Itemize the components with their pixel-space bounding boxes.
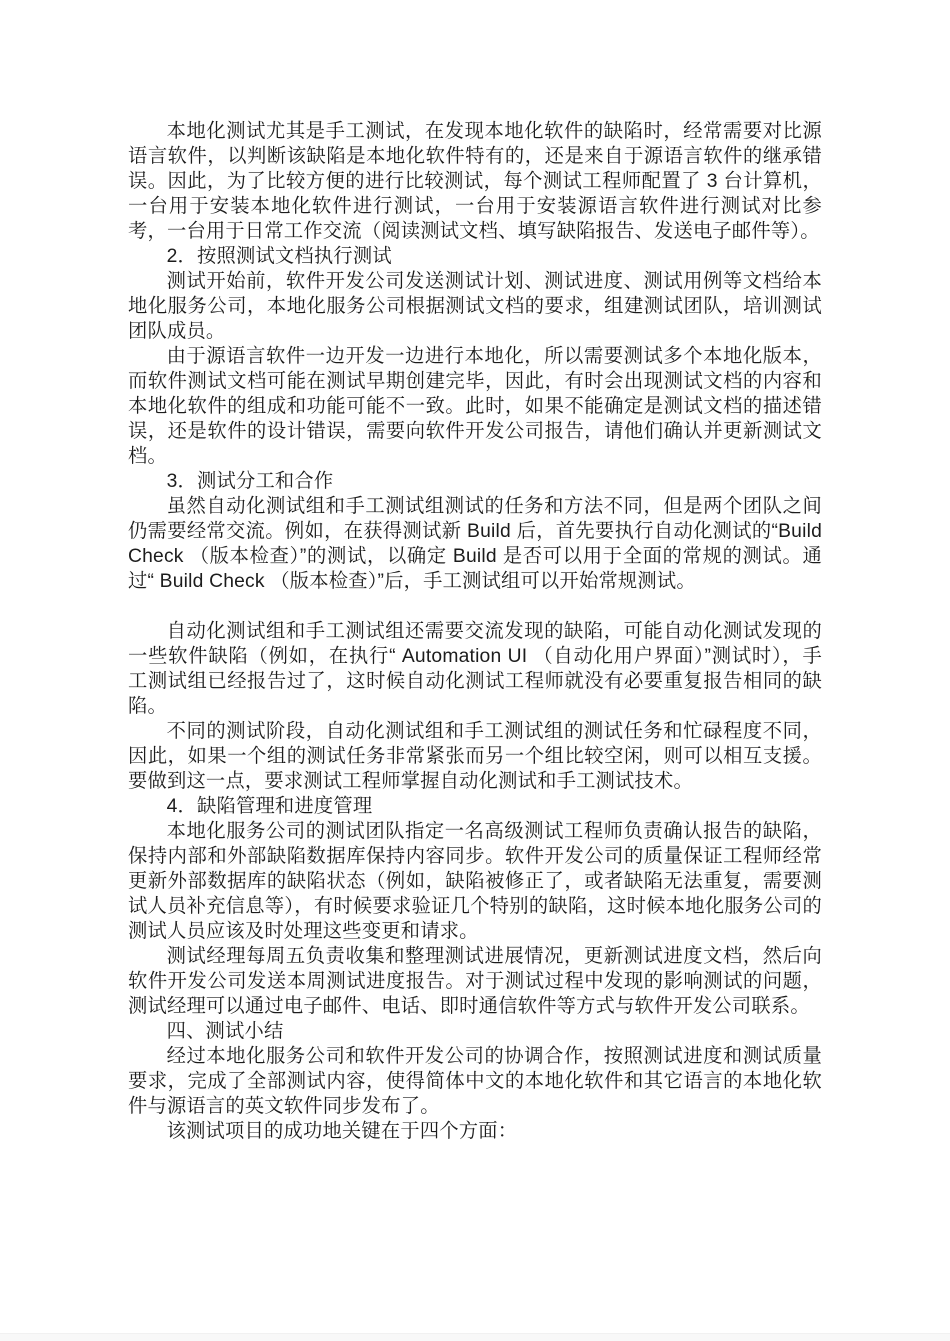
- document-page: 本地化测试尤其是手工测试，在发现本地化软件的缺陷时，经常需要对比源语言软件，以判…: [0, 0, 950, 1341]
- section-heading: 2．按照测试文档执行测试: [128, 244, 822, 269]
- paragraph: 本地化测试尤其是手工测试，在发现本地化软件的缺陷时，经常需要对比源语言软件，以判…: [128, 119, 822, 244]
- section-heading: 3．测试分工和合作: [128, 469, 822, 494]
- section-heading: 4．缺陷管理和进度管理: [128, 794, 822, 819]
- document-body: 本地化测试尤其是手工测试，在发现本地化软件的缺陷时，经常需要对比源语言软件，以判…: [128, 119, 822, 1144]
- section-heading: 四、测试小结: [128, 1019, 822, 1044]
- paragraph: 本地化服务公司的测试团队指定一名高级测试工程师负责确认报告的缺陷，保持内部和外部…: [128, 819, 822, 944]
- paragraph: 自动化测试组和手工测试组还需要交流发现的缺陷，可能自动化测试发现的一些软件缺陷（…: [128, 619, 822, 719]
- paragraph: 由于源语言软件一边开发一边进行本地化，所以需要测试多个本地化版本，而软件测试文档…: [128, 344, 822, 469]
- page-bottom-edge: [0, 1333, 950, 1341]
- paragraph: 该测试项目的成功地关键在于四个方面：: [128, 1119, 822, 1144]
- paragraph: 虽然自动化测试组和手工测试组测试的任务和方法不同，但是两个团队之间仍需要经常交流…: [128, 494, 822, 594]
- paragraph: 经过本地化服务公司和软件开发公司的协调合作，按照测试进度和测试质量要求，完成了全…: [128, 1044, 822, 1119]
- paragraph: 测试开始前，软件开发公司发送测试计划、测试进度、测试用例等文档给本地化服务公司，…: [128, 269, 822, 344]
- paragraph: 不同的测试阶段，自动化测试组和手工测试组的测试任务和忙碌程度不同，因此，如果一个…: [128, 719, 822, 794]
- paragraph: 测试经理每周五负责收集和整理测试进展情况，更新测试进度文档，然后向软件开发公司发…: [128, 944, 822, 1019]
- blank-line: [128, 594, 822, 619]
